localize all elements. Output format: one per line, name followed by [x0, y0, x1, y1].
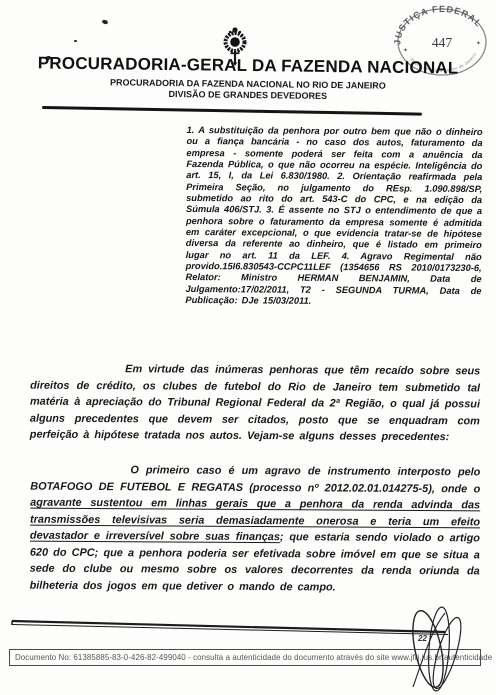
body-paragraph-2: O primeiro caso é um agravo de instrumen…: [30, 462, 481, 597]
ink-speck: [74, 40, 77, 42]
stamp-star-left: ✦: [403, 47, 408, 54]
stamp-star-right: ✦: [476, 40, 481, 47]
letterhead: PROCURADORIA-GERAL DA FAZENDA NACIONAL P…: [0, 53, 496, 103]
header-rule: [42, 106, 422, 116]
stamp-number: 447: [432, 35, 453, 50]
ink-speck: [101, 19, 108, 25]
scanned-document-page: JUSTIÇA FEDERAL 447 ✦ ✦ Seção Judiciária…: [0, 0, 496, 695]
signature-scribble: [401, 605, 475, 695]
jurisprudence-quote: 1. A substituição da penhora por outro b…: [185, 125, 482, 309]
body-paragraph-1: Em virtude das inúmeras penhoras que têm…: [30, 361, 480, 446]
paragraph2-lead: O primeiro caso é um agravo de instrumen…: [30, 464, 480, 495]
